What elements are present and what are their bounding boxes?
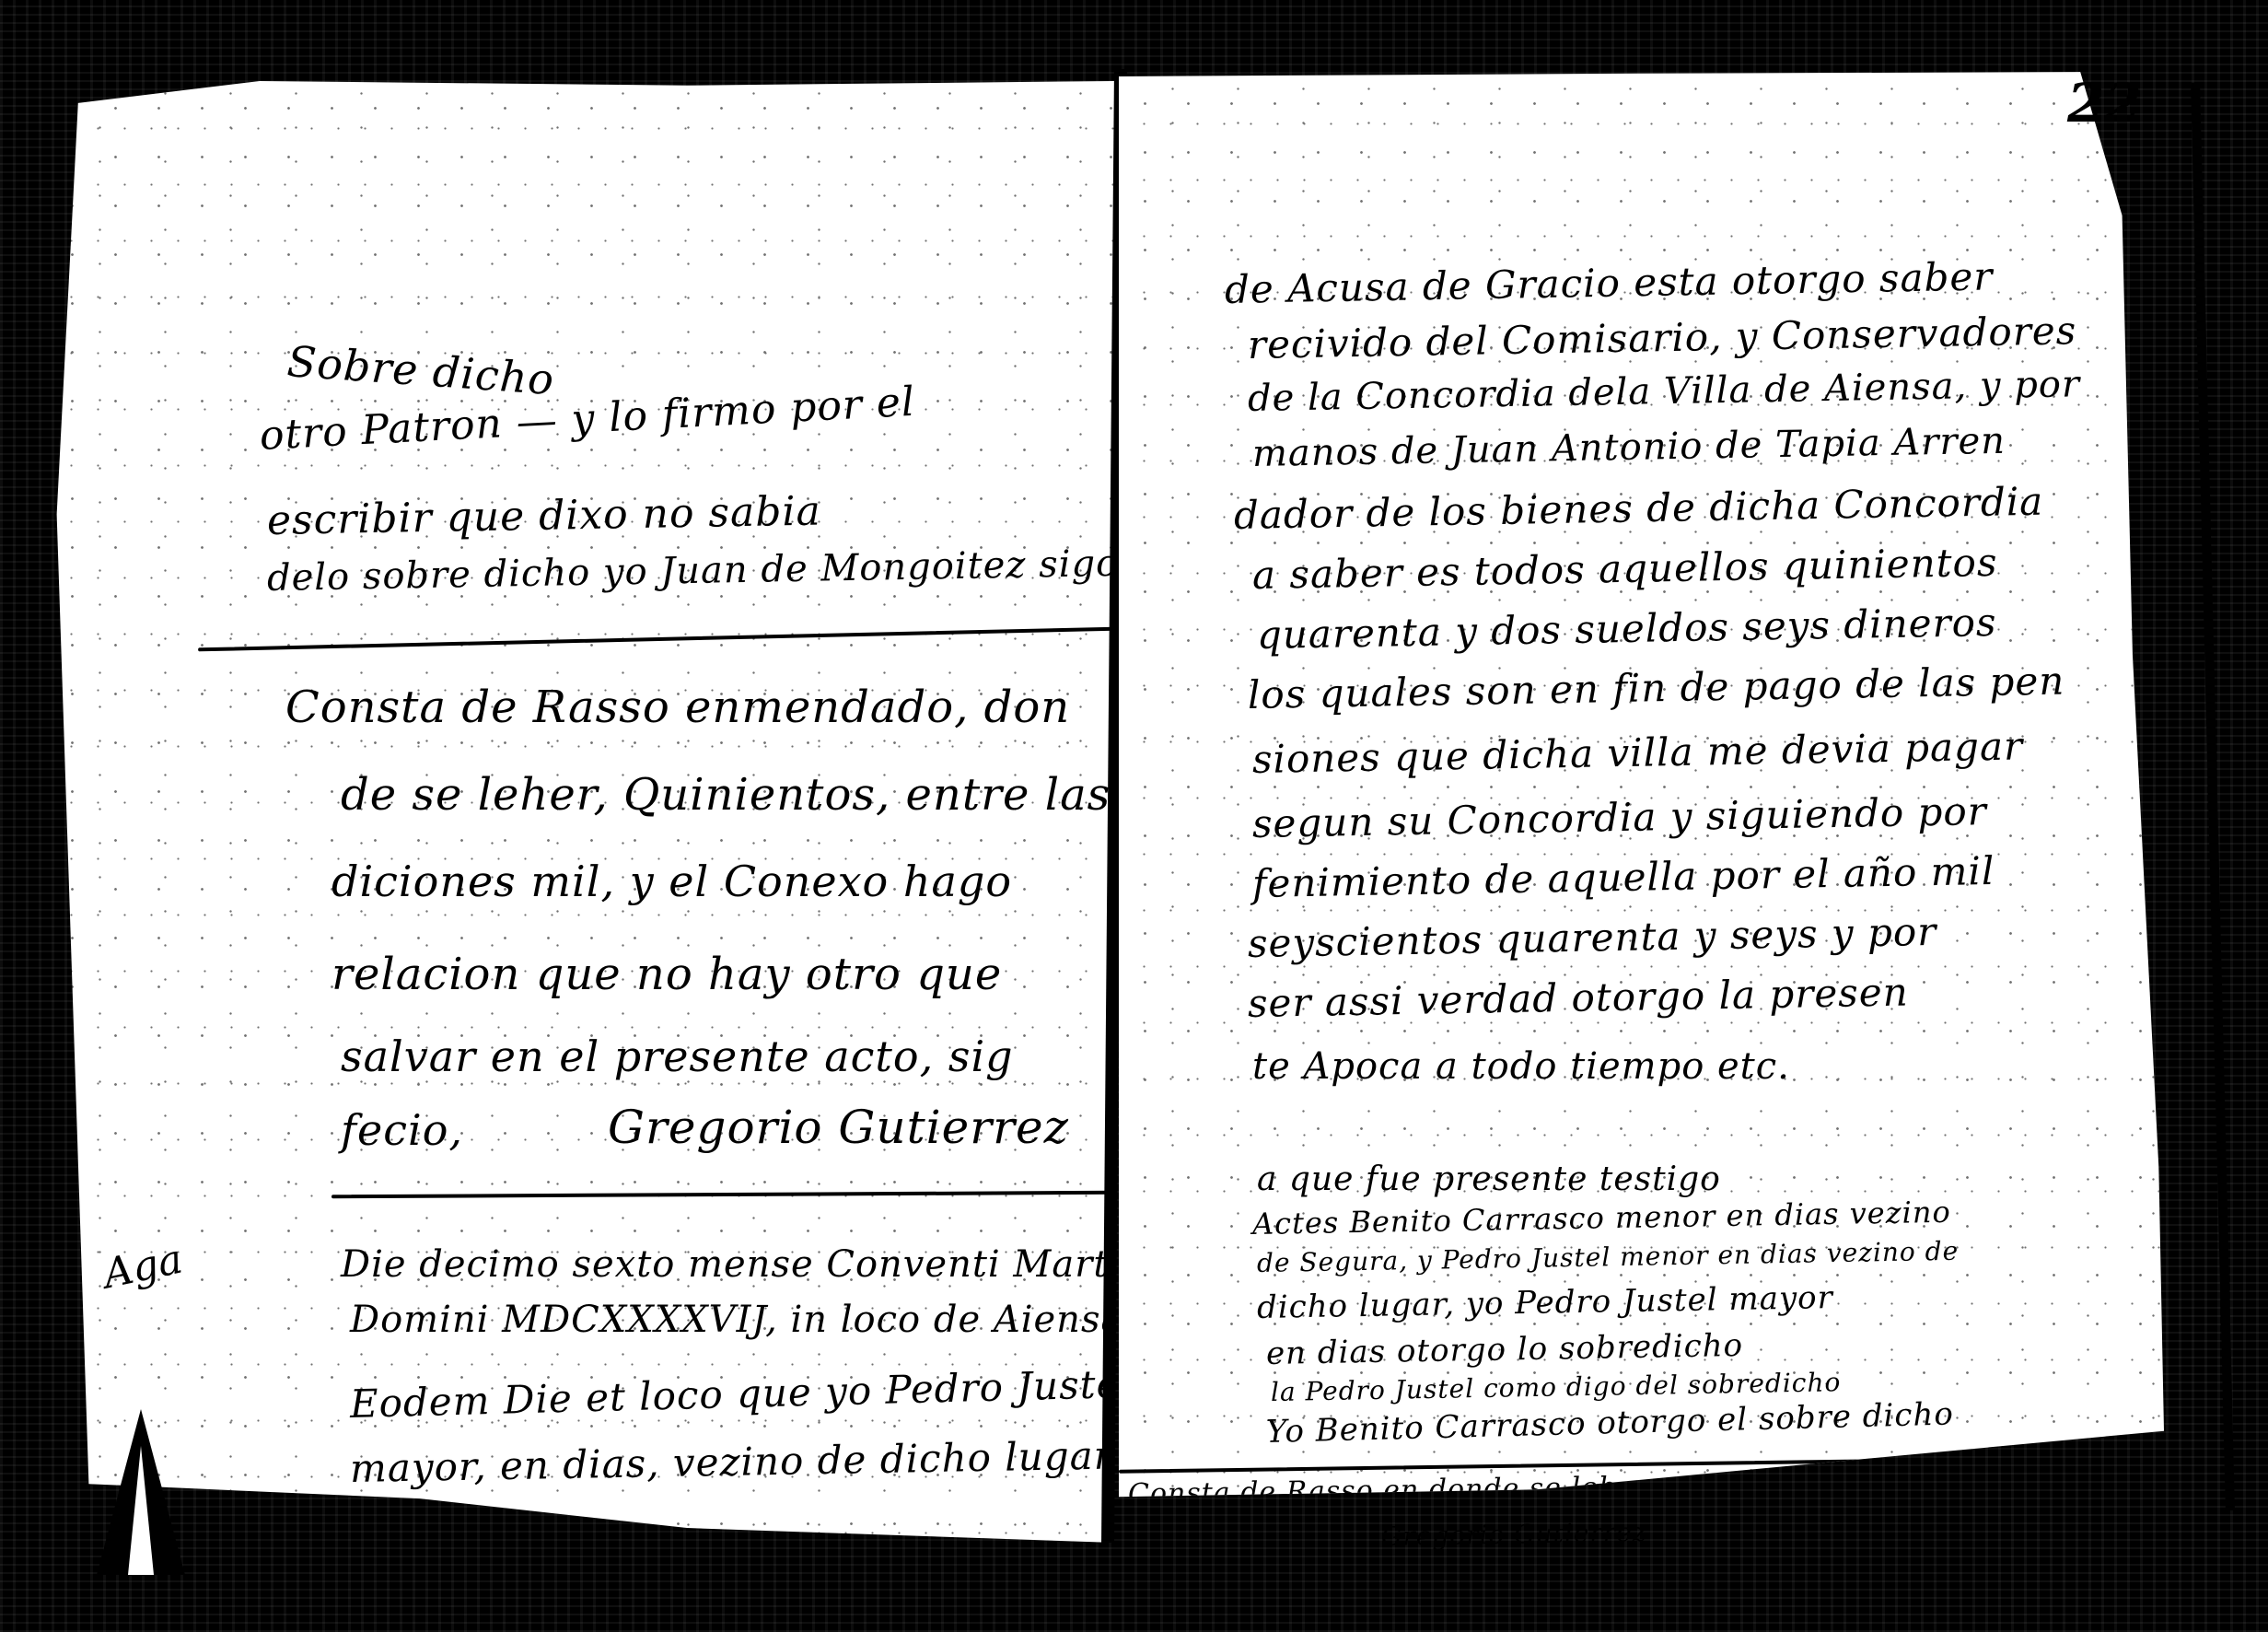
signature-gregorio-gutierrez-right: Gregorio Gutierrez: [1381, 1517, 1647, 1552]
book-corner-clip: [97, 1409, 185, 1575]
right-s1-line-13: ser assi verdad otorgo la presen: [1248, 969, 1909, 1026]
right-s1-line-2: recivido del Comisario, y Conservadores: [1248, 308, 2077, 367]
left-s3-line-1: Die decimo sexto mense Conventi Martij a…: [341, 1243, 1114, 1286]
left-s3-line-3: Eodem Die et loco que yo Pedro Justel: [349, 1361, 1114, 1427]
right-s1-line-14: te Apoca a todo tiempo etc.: [1252, 1045, 1790, 1088]
right-s2-line-2: Actes Benito Carrasco menor en dias vezi…: [1252, 1195, 1951, 1241]
left-s1-line-4: delo sobre dicho yo Juan de Mongoitez si…: [267, 542, 1114, 600]
left-s2-line-6: fecio,: [341, 1105, 463, 1155]
left-s3-line-2: Domini MDCXXXXVIJ, in loco de Aiensa: [350, 1299, 1114, 1341]
right-s1-line-8: los quales son en fin de pago de las pen: [1248, 659, 2065, 717]
left-s2-line-4: relacion que no hay otro que: [331, 949, 1002, 1000]
right-s1-line-7: quarenta y dos sueldos seys dineros: [1257, 600, 1997, 658]
left-s2-line-2: de se leher, Quinientos, entre las: [341, 769, 1111, 821]
right-s1-line-3: de la Concordia dela Villa de Aiensa, y …: [1248, 363, 2081, 420]
right-s1-line-10: segun su Concordia y siguiendo por: [1252, 788, 1988, 846]
left-s2-line-1: Consta de Rasso enmendado, don: [285, 682, 1070, 733]
section-divider: [331, 1191, 1114, 1199]
right-s1-line-9: siones que dicha villa me devia pagar: [1252, 723, 2024, 782]
left-page: Sobre dicho otro Patron — y lo firmo por…: [46, 74, 1114, 1543]
right-s1-line-6: a saber es todos aquellos quinientos: [1252, 540, 1998, 598]
left-s2-line-3: diciones mil, y el Conexo hago: [331, 857, 1012, 906]
page-number: 22: [2067, 72, 2142, 134]
right-s2-line-3: de Segura, y Pedro Justel menor en dias …: [1257, 1236, 1960, 1278]
left-s1-line-3: escribir que dixo no sabia: [267, 488, 822, 544]
left-s2-line-5: salvar en el presente acto, sig: [341, 1032, 1014, 1081]
right-s1-line-4: manos de Juan Antonio de Tapia Arren: [1252, 420, 2006, 475]
right-s1-line-5: dador de los bienes de dicha Concordia: [1234, 479, 2044, 538]
margin-note: Aga: [99, 1236, 187, 1299]
section-divider: [198, 627, 1114, 652]
right-page: de Acusa de Gracio esta otorgo saber rec…: [1119, 69, 2164, 1533]
right-s1-line-1: de Acusa de Gracio esta otorgo saber: [1225, 253, 1994, 312]
right-s1-line-11: fenimiento de aquella por el año mil: [1252, 848, 1995, 906]
right-s1-line-12: seyscientos quarenta y seys y por: [1248, 909, 1937, 966]
right-s2-line-1: a que fue presente testigo: [1257, 1160, 1721, 1198]
left-s1-line-1: Sobre dicho: [285, 336, 556, 404]
left-s3-line-4: mayor, en dias, vezino de dicho lugar: [350, 1433, 1114, 1491]
right-s2-line-5: en dias otorgo lo sobredicho: [1266, 1327, 1744, 1372]
right-s2-line-4: dicho lugar, yo Pedro Justel mayor: [1257, 1279, 1834, 1326]
signature-gregorio-gutierrez: Gregorio Gutierrez: [608, 1101, 1069, 1154]
